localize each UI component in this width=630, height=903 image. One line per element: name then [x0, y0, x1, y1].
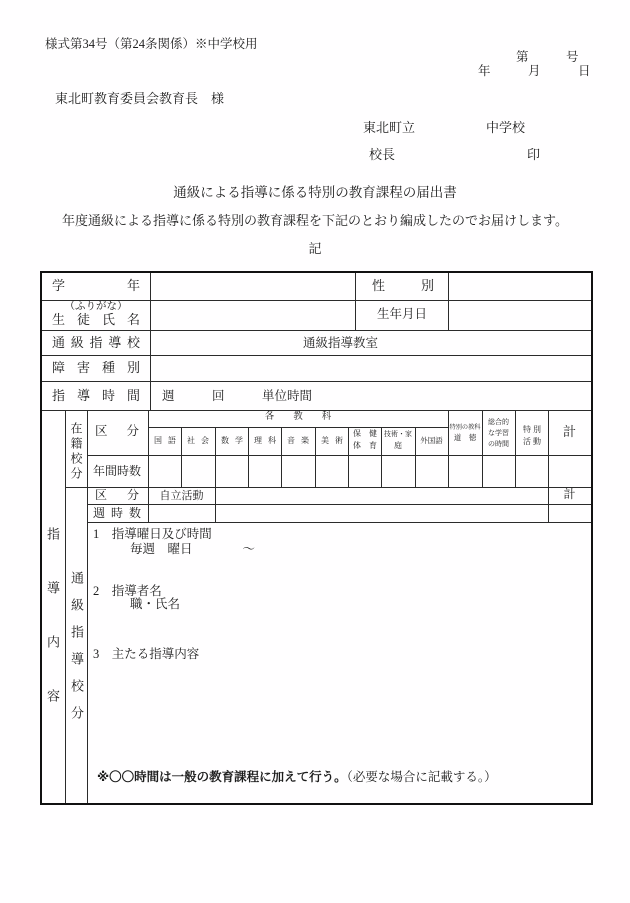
disability-label: 障害種別 — [52, 361, 140, 375]
grid-line — [42, 330, 591, 331]
kakukyouka-label: 各 教 科 — [148, 412, 448, 423]
tokkatsu-line2: 活動 — [523, 438, 541, 447]
grid-line — [448, 410, 449, 487]
grid-line — [415, 427, 416, 487]
grid-line — [148, 427, 448, 428]
kubun-upper-label: 区分 — [95, 425, 139, 439]
shuujisuu-label: 週時数 — [93, 507, 141, 520]
kei-upper-label: 計 — [548, 425, 591, 440]
addressee: 東北町教育委員会教育長 様 — [55, 92, 224, 107]
doc-number-line: 第 号 — [516, 50, 579, 64]
nenkan-label: 年間時数 — [93, 465, 141, 478]
grid-line — [348, 427, 349, 487]
grid-line — [87, 522, 591, 523]
subject-gaikokugo: 外国語 — [415, 437, 448, 446]
jiritsu-label: 自立活動 — [148, 490, 215, 503]
doutoku-line2: 道 徳 — [448, 434, 482, 443]
subject-shakai: 社会 — [187, 437, 209, 446]
school-suffix: 中学校 — [486, 121, 525, 136]
grid-line — [181, 427, 182, 487]
zaiseki-label: 在籍校分 — [70, 422, 82, 482]
school-prefix: 東北町立 — [363, 121, 415, 136]
tsukyu-class-label: 通級指導教室 — [303, 336, 378, 350]
grid-line — [281, 427, 282, 487]
sougou-line3: の時間 — [482, 440, 515, 448]
teaching-time-value: 週 回 単位時間 — [162, 389, 312, 403]
sex-label: 性別 — [372, 279, 434, 293]
subject-suugaku: 数学 — [221, 437, 243, 446]
grid-line — [315, 427, 316, 487]
subject-gijutsu-line2: 庭 — [381, 441, 415, 450]
birthdate-label: 生年月日 — [360, 307, 444, 321]
form-number: 様式第34号（第24条関係）※中学校用 — [45, 37, 258, 51]
grid-line — [150, 273, 151, 410]
page-title: 通級による指導に係る特別の教育課程の届出書 — [0, 185, 630, 201]
sougou-line2: な学習 — [482, 429, 515, 437]
tsuukyuu-kubun-label: 通級指導校分 — [70, 571, 83, 733]
body-line: 年度通級による指導に係る特別の教育課程を下記のとおり編成したのでお届けします。 — [0, 214, 630, 229]
grid-line — [65, 410, 66, 803]
principal-label: 校長 — [369, 148, 395, 163]
date-line: 年 月 日 — [478, 64, 591, 78]
ki-label: 記 — [0, 242, 630, 257]
grade-label: 学年 — [52, 279, 140, 293]
tsukyu-school-label: 通級指導校 — [52, 336, 140, 350]
note-line: ※〇〇時間は一般の教育課程に加えて行う。（必要な場合に記載する。） — [97, 770, 497, 784]
doutoku-line1: 特別の教科 — [448, 424, 482, 431]
grid-line — [65, 487, 591, 488]
subject-gijutsu-line1: 技術・家 — [381, 430, 415, 438]
kubun-lower-label: 区分 — [95, 489, 139, 502]
grid-line — [87, 410, 88, 803]
note-normal-text: （必要な場合に記載する。） — [347, 770, 497, 784]
item1-line1: 1 指導曜日及び時間 — [93, 527, 212, 541]
seal-label: 印 — [527, 148, 540, 163]
grid-line — [87, 504, 591, 505]
grid-line — [355, 273, 356, 330]
tokkatsu-line1: 特別 — [523, 426, 541, 435]
sougou-line1: 総合的 — [482, 418, 515, 426]
subject-hoken-line1: 保健 — [353, 430, 377, 439]
subject-rika: 理科 — [254, 437, 276, 446]
grid-line — [148, 410, 149, 522]
subject-kokugo: 国語 — [154, 437, 176, 446]
subject-bijutsu: 美術 — [321, 437, 343, 446]
student-name-label: 生徒氏名 — [52, 313, 140, 327]
subject-ongaku: 音楽 — [287, 437, 309, 446]
grid-line — [42, 410, 591, 411]
grid-line — [42, 381, 591, 382]
kei-lower-label: 計 — [548, 488, 591, 502]
grid-line — [515, 410, 516, 487]
grid-line — [448, 273, 449, 330]
shidou-naiyou-label: 指導内容 — [46, 527, 59, 743]
teaching-time-label: 指導時間 — [52, 389, 140, 403]
item1-line2: 毎週 曜日 ～ — [130, 542, 255, 556]
item3-line1: 3 主たる指導内容 — [93, 647, 199, 661]
item2-line2: 職・氏名 — [130, 597, 180, 611]
subject-hoken-line2: 体育 — [353, 442, 377, 451]
grid-line — [215, 427, 216, 522]
grid-line — [248, 427, 249, 487]
grid-line — [42, 355, 591, 356]
note-bold-text: ※〇〇時間は一般の教育課程に加えて行う。 — [97, 770, 347, 784]
form-page: 様式第34号（第24条関係）※中学校用 第 号 年 月 日 東北町教育委員会教育… — [0, 0, 630, 903]
